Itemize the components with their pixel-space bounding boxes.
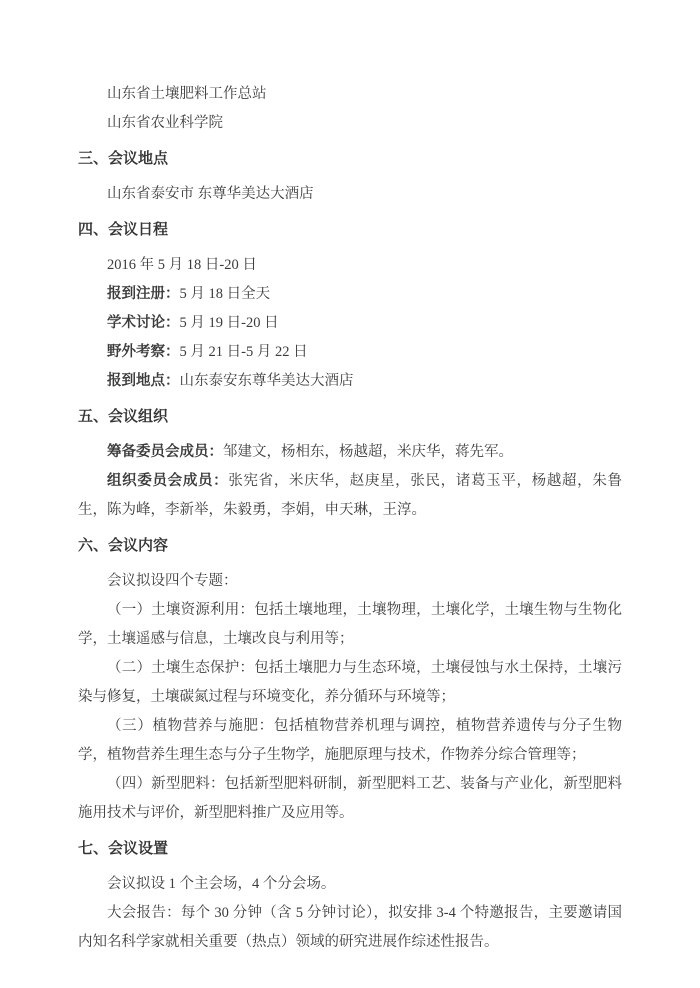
section-heading-schedule: 四、会议日程 — [78, 215, 622, 245]
schedule-item-checkin-place: 报到地点：山东泰安东尊华美达大酒店 — [78, 367, 622, 396]
section-heading-organization: 五、会议组织 — [78, 402, 622, 432]
schedule-item-value: 5 月 19 日-20 日 — [180, 315, 279, 331]
committee-label: 组织委员会成员： — [107, 473, 228, 489]
content-intro: 会议拟设四个专题： — [78, 567, 622, 596]
schedule-item-registration: 报到注册：5 月 18 日全天 — [78, 280, 622, 309]
committee-preparatory: 筹备委员会成员：邹建文，杨相东，杨越超，米庆华，蒋先军。 — [78, 438, 622, 467]
schedule-item-value: 山东泰安东尊华美达大酒店 — [180, 373, 354, 389]
topic-paragraph-1: （一）土壤资源利用：包括土壤地理，土壤物理，土壤化学，土壤生物与生物化学，土壤遥… — [78, 596, 622, 654]
section-heading-content: 六、会议内容 — [78, 531, 622, 561]
schedule-item-label: 报到注册： — [107, 286, 180, 302]
committee-label: 筹备委员会成员： — [107, 444, 223, 460]
topic-paragraph-3: （三）植物营养与施肥：包括植物营养机理与调控，植物营养遗传与分子生物学，植物营养… — [78, 712, 622, 770]
host-org-line: 山东省土壤肥料工作总站 — [78, 80, 622, 109]
host-org-line: 山东省农业科学院 — [78, 109, 622, 138]
schedule-item-value: 5 月 21 日-5 月 22 日 — [180, 344, 308, 360]
schedule-item-label: 野外考察： — [107, 344, 180, 360]
setup-paragraph-reports: 大会报告：每个 30 分钟（含 5 分钟讨论），拟安排 3-4 个特邀报告，主要… — [78, 899, 622, 957]
schedule-date-range: 2016 年 5 月 18 日-20 日 — [78, 251, 622, 280]
topic-paragraph-4: （四）新型肥料：包括新型肥料研制，新型肥料工艺、装备与产业化，新型肥料施用技术与… — [78, 770, 622, 828]
schedule-item-academic: 学术讨论：5 月 19 日-20 日 — [78, 309, 622, 338]
schedule-item-label: 学术讨论： — [107, 315, 180, 331]
committee-organizing: 组织委员会成员：张宪省，米庆华，赵庚星，张民，诸葛玉平，杨越超，朱鲁生，陈为峰，… — [78, 467, 622, 525]
document-page: 山东省土壤肥料工作总站 山东省农业科学院 三、会议地点 山东省泰安市 东尊华美达… — [0, 0, 700, 988]
schedule-item-fieldtrip: 野外考察：5 月 21 日-5 月 22 日 — [78, 338, 622, 367]
committee-members: 邹建文，杨相东，杨越超，米庆华，蒋先军。 — [223, 444, 513, 460]
venue-line: 山东省泰安市 东尊华美达大酒店 — [78, 180, 622, 209]
topic-paragraph-2: （二）土壤生态保护：包括土壤肥力与生态环境，土壤侵蚀与水土保持，土壤污染与修复，… — [78, 654, 622, 712]
schedule-item-value: 5 月 18 日全天 — [180, 286, 271, 302]
setup-paragraph-venues: 会议拟设 1 个主会场，4 个分会场。 — [78, 870, 622, 899]
section-heading-setup: 七、会议设置 — [78, 834, 622, 864]
section-heading-venue: 三、会议地点 — [78, 144, 622, 174]
schedule-item-label: 报到地点： — [107, 373, 180, 389]
